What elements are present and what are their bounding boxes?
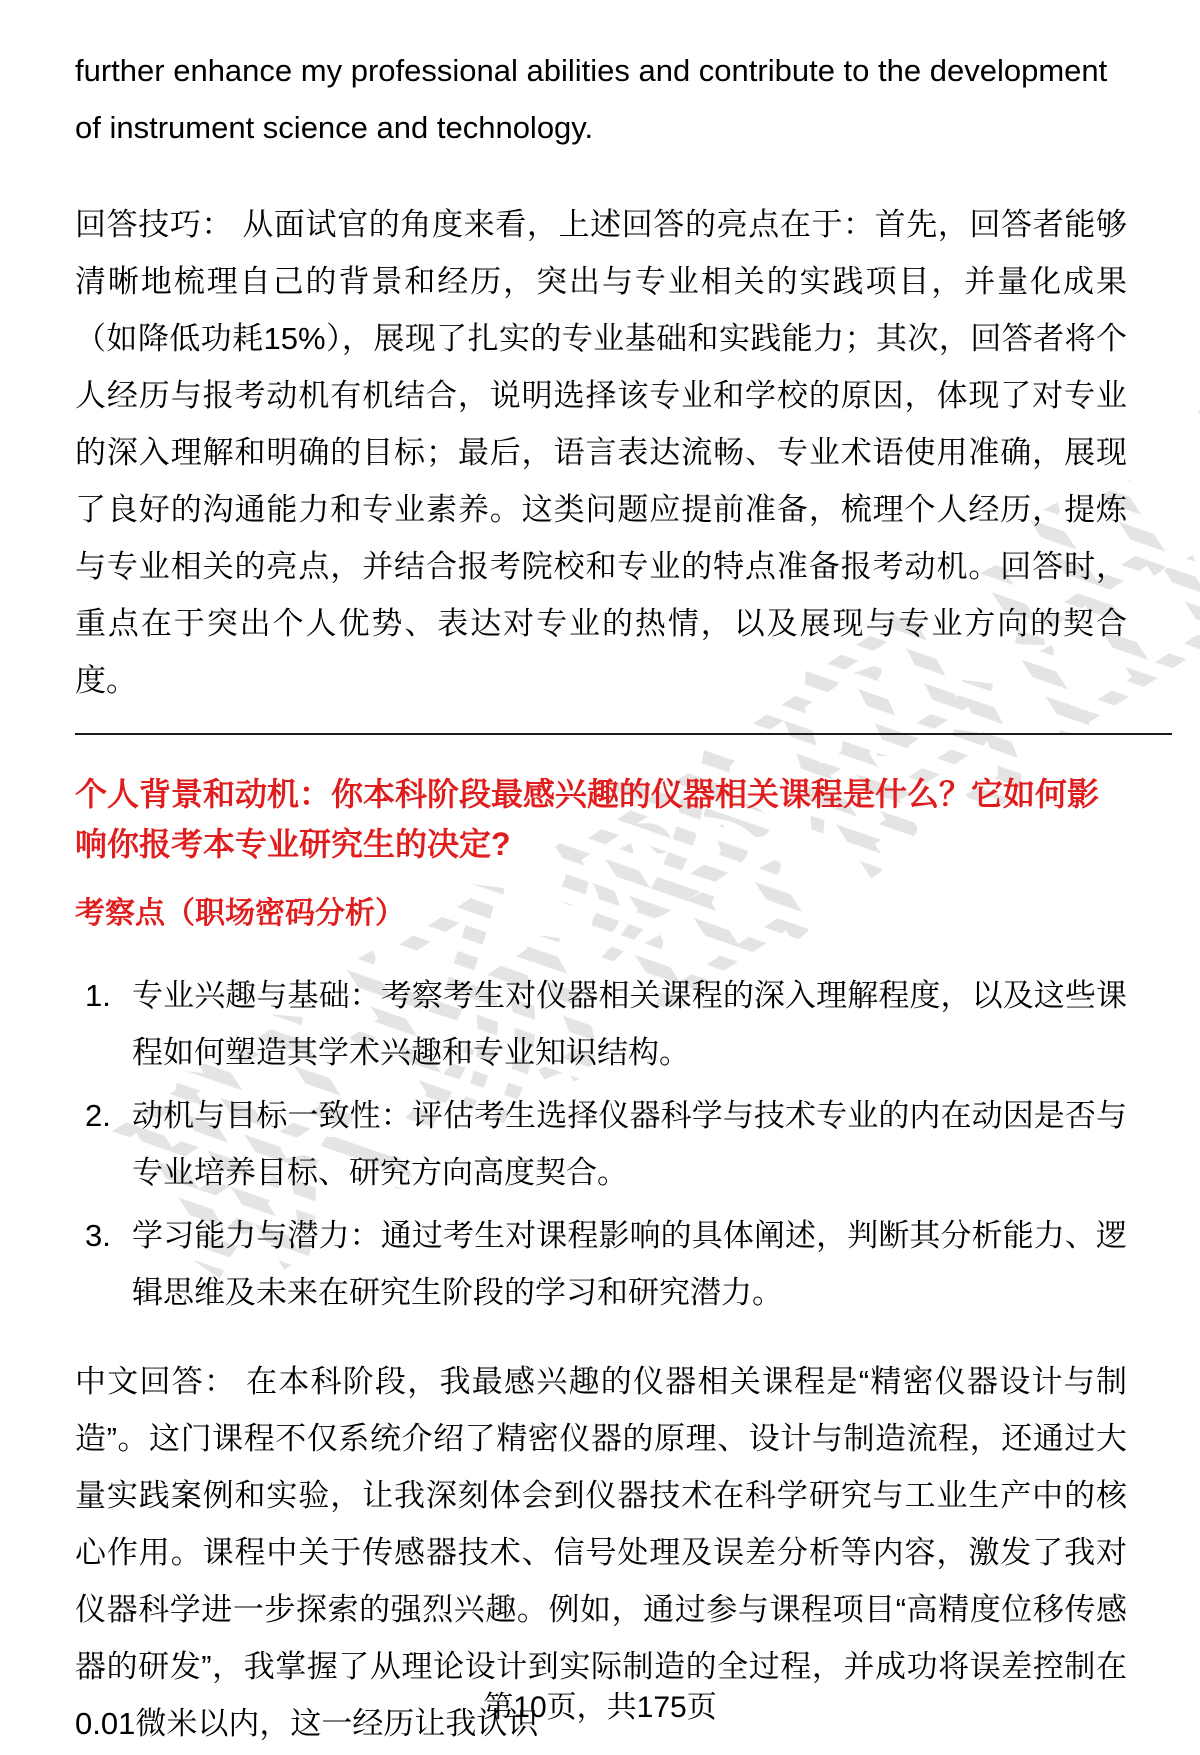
list-item: 3. 学习能力与潜力：通过考生对课程影响的具体阐述，判断其分析能力、逻辑思维及未… [85,1207,1127,1321]
document-page: 职场密码出品 further enhance my professional a… [0,0,1200,1755]
page-footer: 第10页，共175页 [0,1686,1200,1730]
analysis-heading: 考察点（职场密码分析） [75,889,1127,939]
list-number: 1. [85,967,132,1081]
list-text: 专业兴趣与基础：考察考生对仪器相关课程的深入理解程度，以及这些课程如何塑造其学术… [132,967,1127,1081]
question-heading: 个人背景和动机：你本科阶段最感兴趣的仪器相关课程是什么？它如何影响你报考本专业研… [75,769,1127,869]
list-item: 2. 动机与目标一致性：评估考生选择仪器科学与技术专业的内在动因是否与专业培养目… [85,1087,1127,1201]
section-divider [75,733,1172,735]
analysis-points-list: 1. 专业兴趣与基础：考察考生对仪器相关课程的深入理解程度，以及这些课程如何塑造… [75,967,1127,1321]
english-paragraph: further enhance my professional abilitie… [75,42,1127,156]
answer-tips-paragraph: 回答技巧： 从面试官的角度来看，上述回答的亮点在于：首先，回答者能够清晰地梳理自… [75,196,1127,709]
page-content: further enhance my professional abilitie… [75,42,1127,1752]
list-text: 学习能力与潜力：通过考生对课程影响的具体阐述，判断其分析能力、逻辑思维及未来在研… [132,1207,1127,1321]
list-text: 动机与目标一致性：评估考生选择仪器科学与技术专业的内在动因是否与专业培养目标、研… [132,1087,1127,1201]
list-item: 1. 专业兴趣与基础：考察考生对仪器相关课程的深入理解程度，以及这些课程如何塑造… [85,967,1127,1081]
list-number: 3. [85,1207,132,1321]
list-number: 2. [85,1087,132,1201]
